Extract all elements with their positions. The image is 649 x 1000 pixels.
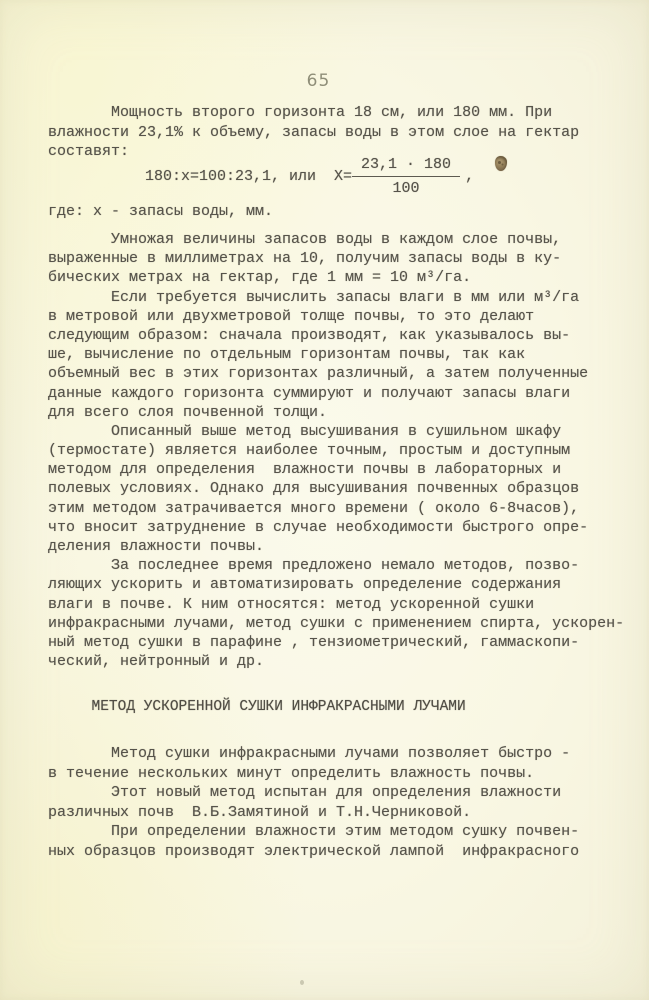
text-line: бических метрах на гектар, где 1 мм = 10… <box>48 268 633 287</box>
text-line: в течение нескольких минут определить вл… <box>48 764 633 784</box>
formula-legend: где: х - запасы воды, мм. <box>48 202 633 221</box>
text-line: этим методом затрачивается много времени… <box>48 499 633 518</box>
page-number: 65 <box>0 71 637 91</box>
body-paragraphs: Умножая величины запасов воды в каждом с… <box>48 230 633 671</box>
text-line: При определении влажности этим методом с… <box>48 822 633 842</box>
text-line: инфракрасными лучами, метод сушки с прим… <box>48 614 633 633</box>
text-line: ческий, нейтронный и др. <box>48 652 633 671</box>
formula-proportion: 180:х=100:23,1, или Х= <box>145 168 352 185</box>
text-line: деления влажности почвы. <box>48 537 633 556</box>
text-line: для всего слоя почвенной толщи. <box>48 403 633 422</box>
text-line: Умножая величины запасов воды в каждом с… <box>48 230 633 249</box>
formula-trailing-comma: , <box>465 168 474 185</box>
text-line: ляющих ускорить и автоматизировать опред… <box>48 575 633 594</box>
scanned-document-page: 65 Мощность второго горизонта 18 см, или… <box>0 0 649 1000</box>
text-line: Мощность второго горизонта 18 см, или 18… <box>48 103 633 123</box>
formula-denominator: 100 <box>352 177 460 197</box>
text-line: влаги в почве. К ним относятся: метод ус… <box>48 595 633 614</box>
text-line: объемный вес в этих горизонтах различный… <box>48 364 633 383</box>
text-line: Описанный выше метод высушивания в сушил… <box>48 422 633 441</box>
text-line: следующим образом: сначала производят, к… <box>48 326 633 345</box>
text-line: данные каждого горизонта суммируют и пол… <box>48 384 633 403</box>
text-line: За последнее время предложено немало мет… <box>48 556 633 575</box>
water-reserve-formula: 180:х=100:23,1, или Х= 23,1 · 180 100 , <box>145 156 474 197</box>
formula-numerator: 23,1 · 180 <box>352 156 460 177</box>
text-line: (термостате) является наиболее точным, п… <box>48 441 633 460</box>
ink-stain <box>495 156 507 171</box>
text-line: ше, вычисление по отдельным горизонтам п… <box>48 345 633 364</box>
text-line: в метровой или двухметровой толще почвы,… <box>48 307 633 326</box>
text-line: ных образцов производят электрической ла… <box>48 842 633 862</box>
text-line: влажности 23,1% к объему, запасы воды в … <box>48 123 633 143</box>
dust-speck <box>300 980 304 985</box>
text-line: Этот новый метод испытан для определения… <box>48 783 633 803</box>
text-line: методом для определения влажности почвы … <box>48 460 633 479</box>
text-line: выраженные в миллиметрах на 10, получим … <box>48 249 633 268</box>
text-line: полевых условиях. Однако для высушивания… <box>48 479 633 498</box>
formula-fraction: 23,1 · 180 100 <box>352 156 460 197</box>
intro-paragraph: Мощность второго горизонта 18 см, или 18… <box>48 103 633 162</box>
text-line: различных почв В.Б.Замятиной и Т.Н.Черни… <box>48 803 633 823</box>
text-line: ный метод сушки в парафине , тензиометри… <box>48 633 633 652</box>
text-line: Если требуется вычислить запасы влаги в … <box>48 288 633 307</box>
section-heading: МЕТОД УСКОРЕННОЙ СУШКИ ИНФРАКРАСНЫМИ ЛУЧ… <box>48 698 633 717</box>
section-paragraphs: Метод сушки инфракрасными лучами позволя… <box>48 744 633 862</box>
text-line: что вносит затруднение в случае необходи… <box>48 518 633 537</box>
text-line: Метод сушки инфракрасными лучами позволя… <box>48 744 633 764</box>
